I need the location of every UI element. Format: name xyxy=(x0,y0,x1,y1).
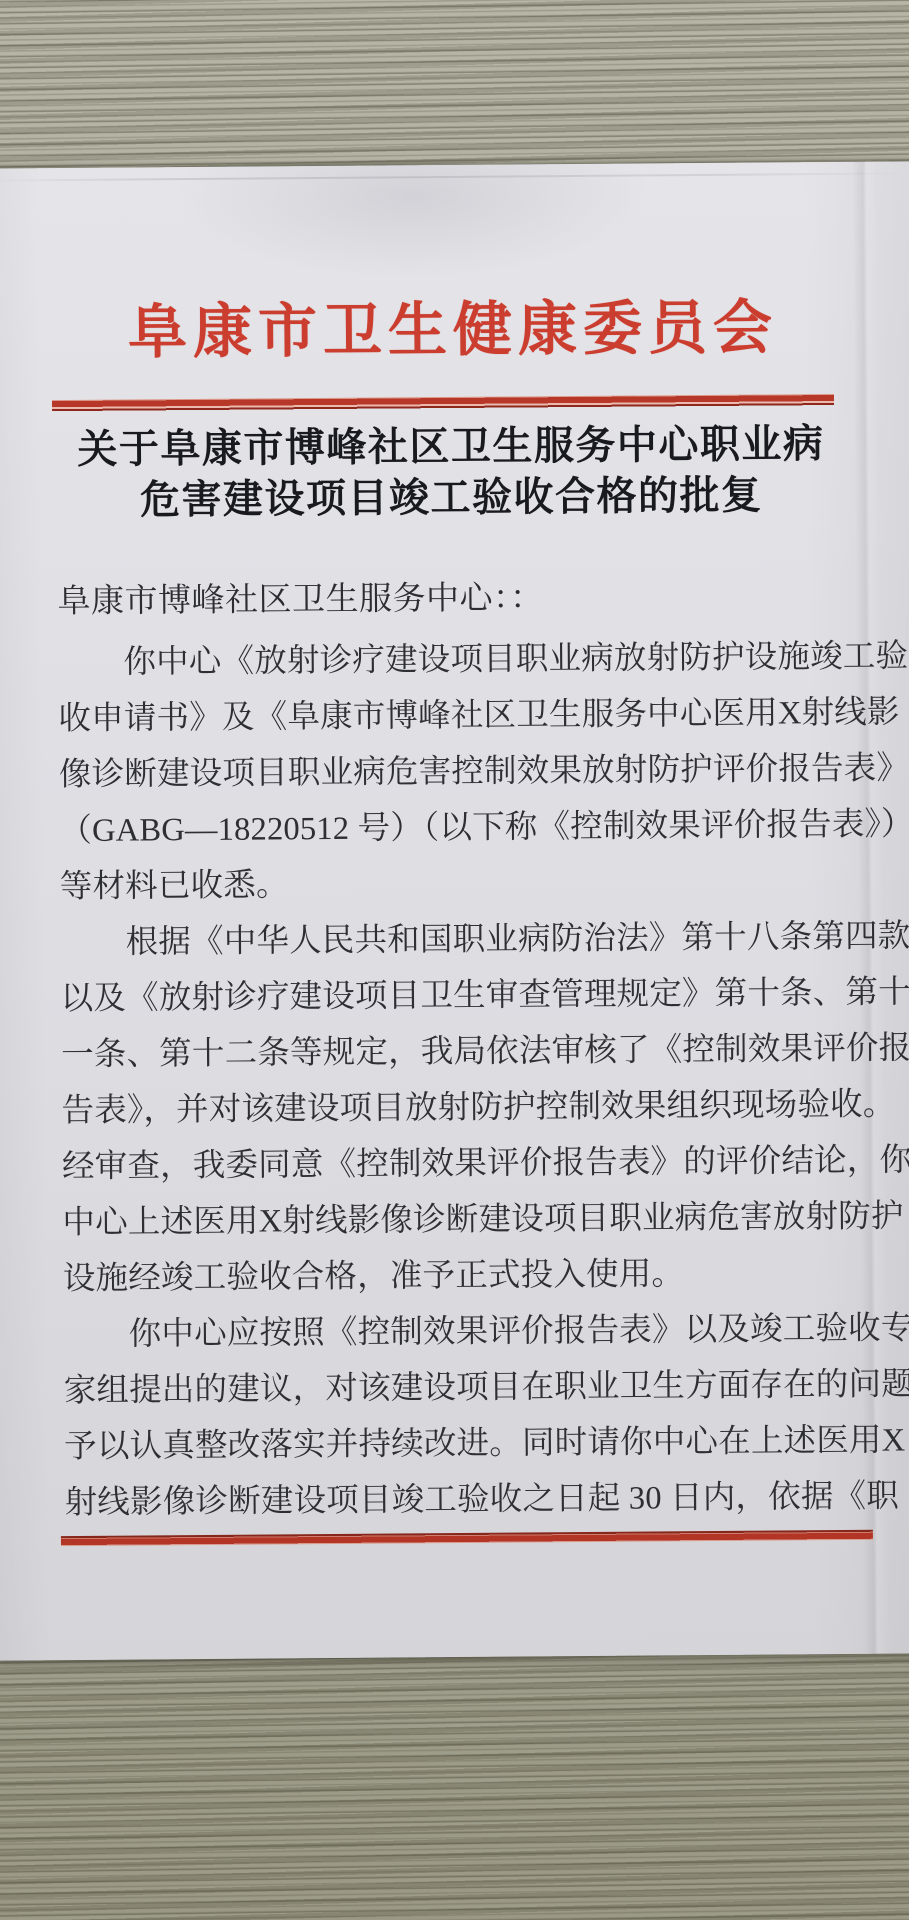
body-line: 中心上述医用X射线影像诊断建设项目职业病危害放射防护 xyxy=(62,1189,854,1251)
document-title: 关于阜康市博峰社区卫生服务中心职业病 危害建设项目竣工验收合格的批复 xyxy=(0,417,909,526)
salutation-line: 阜康市博峰社区卫生服务中心：： xyxy=(57,576,543,625)
body-line: 你中心应按照《控制效果评价报告表》以及竣工验收专 xyxy=(63,1301,855,1363)
body-line: 像诊断建设项目职业病危害控制效果放射防护评价报告表》 xyxy=(59,741,851,803)
body-line: 经审查，我委同意《控制效果评价报告表》的评价结论，你 xyxy=(62,1133,854,1195)
header-double-rule xyxy=(52,394,834,412)
body-line: 等材料已收悉。 xyxy=(60,853,852,915)
document-title-line-2: 危害建设项目竣工验收合格的批复 xyxy=(0,468,909,526)
body-line: 家组提出的建议，对该建设项目在职业卫生方面存在的问题 xyxy=(64,1357,856,1419)
body-line: 予以认真整改落实并持续改进。同时请你中心在上述医用X xyxy=(64,1413,856,1475)
body-line: 射线影像诊断建设项目竣工验收之日起 30 日内，依据《职 xyxy=(64,1469,856,1531)
body-line: （GABG—18220512 号）（以下称《控制效果评价报告表》） xyxy=(59,797,851,859)
body-line: 设施经竣工验收合格，准予正式投入使用。 xyxy=(63,1245,855,1307)
document-sheet: 阜康市卫生健康委员会 关于阜康市博峰社区卫生服务中心职业病 危害建设项目竣工验收… xyxy=(0,161,909,1660)
body-line: 以及《放射诊疗建设项目卫生审查管理规定》第十条、第十 xyxy=(60,965,852,1027)
footer-rule xyxy=(61,1530,873,1546)
agency-header-text: 阜康市卫生健康委员会 xyxy=(0,293,909,366)
body-line: 一条、第十二条等规定，我局依法审核了《控制效果评价报 xyxy=(61,1021,853,1083)
body-line: 根据《中华人民共和国职业病防治法》第十八条第四款 xyxy=(60,909,852,971)
document-title-line-1: 关于阜康市博峰社区卫生服务中心职业病 xyxy=(0,417,909,475)
body-line: 收申请书》及《阜康市博峰社区卫生服务中心医用X射线影 xyxy=(58,685,850,747)
photo-frame: 阜康市卫生健康委员会 关于阜康市博峰社区卫生服务中心职业病 危害建设项目竣工验收… xyxy=(0,0,909,1920)
body-line: 告表》，并对该建设项目放射防护控制效果组织现场验收。 xyxy=(61,1077,853,1139)
paper-fold-crease-horizontal xyxy=(0,172,909,181)
body-text: 你中心《放射诊疗建设项目职业病放射防护设施竣工验 收申请书》及《阜康市博峰社区卫… xyxy=(58,629,857,1531)
body-line: 你中心《放射诊疗建设项目职业病放射防护设施竣工验 xyxy=(58,629,850,691)
